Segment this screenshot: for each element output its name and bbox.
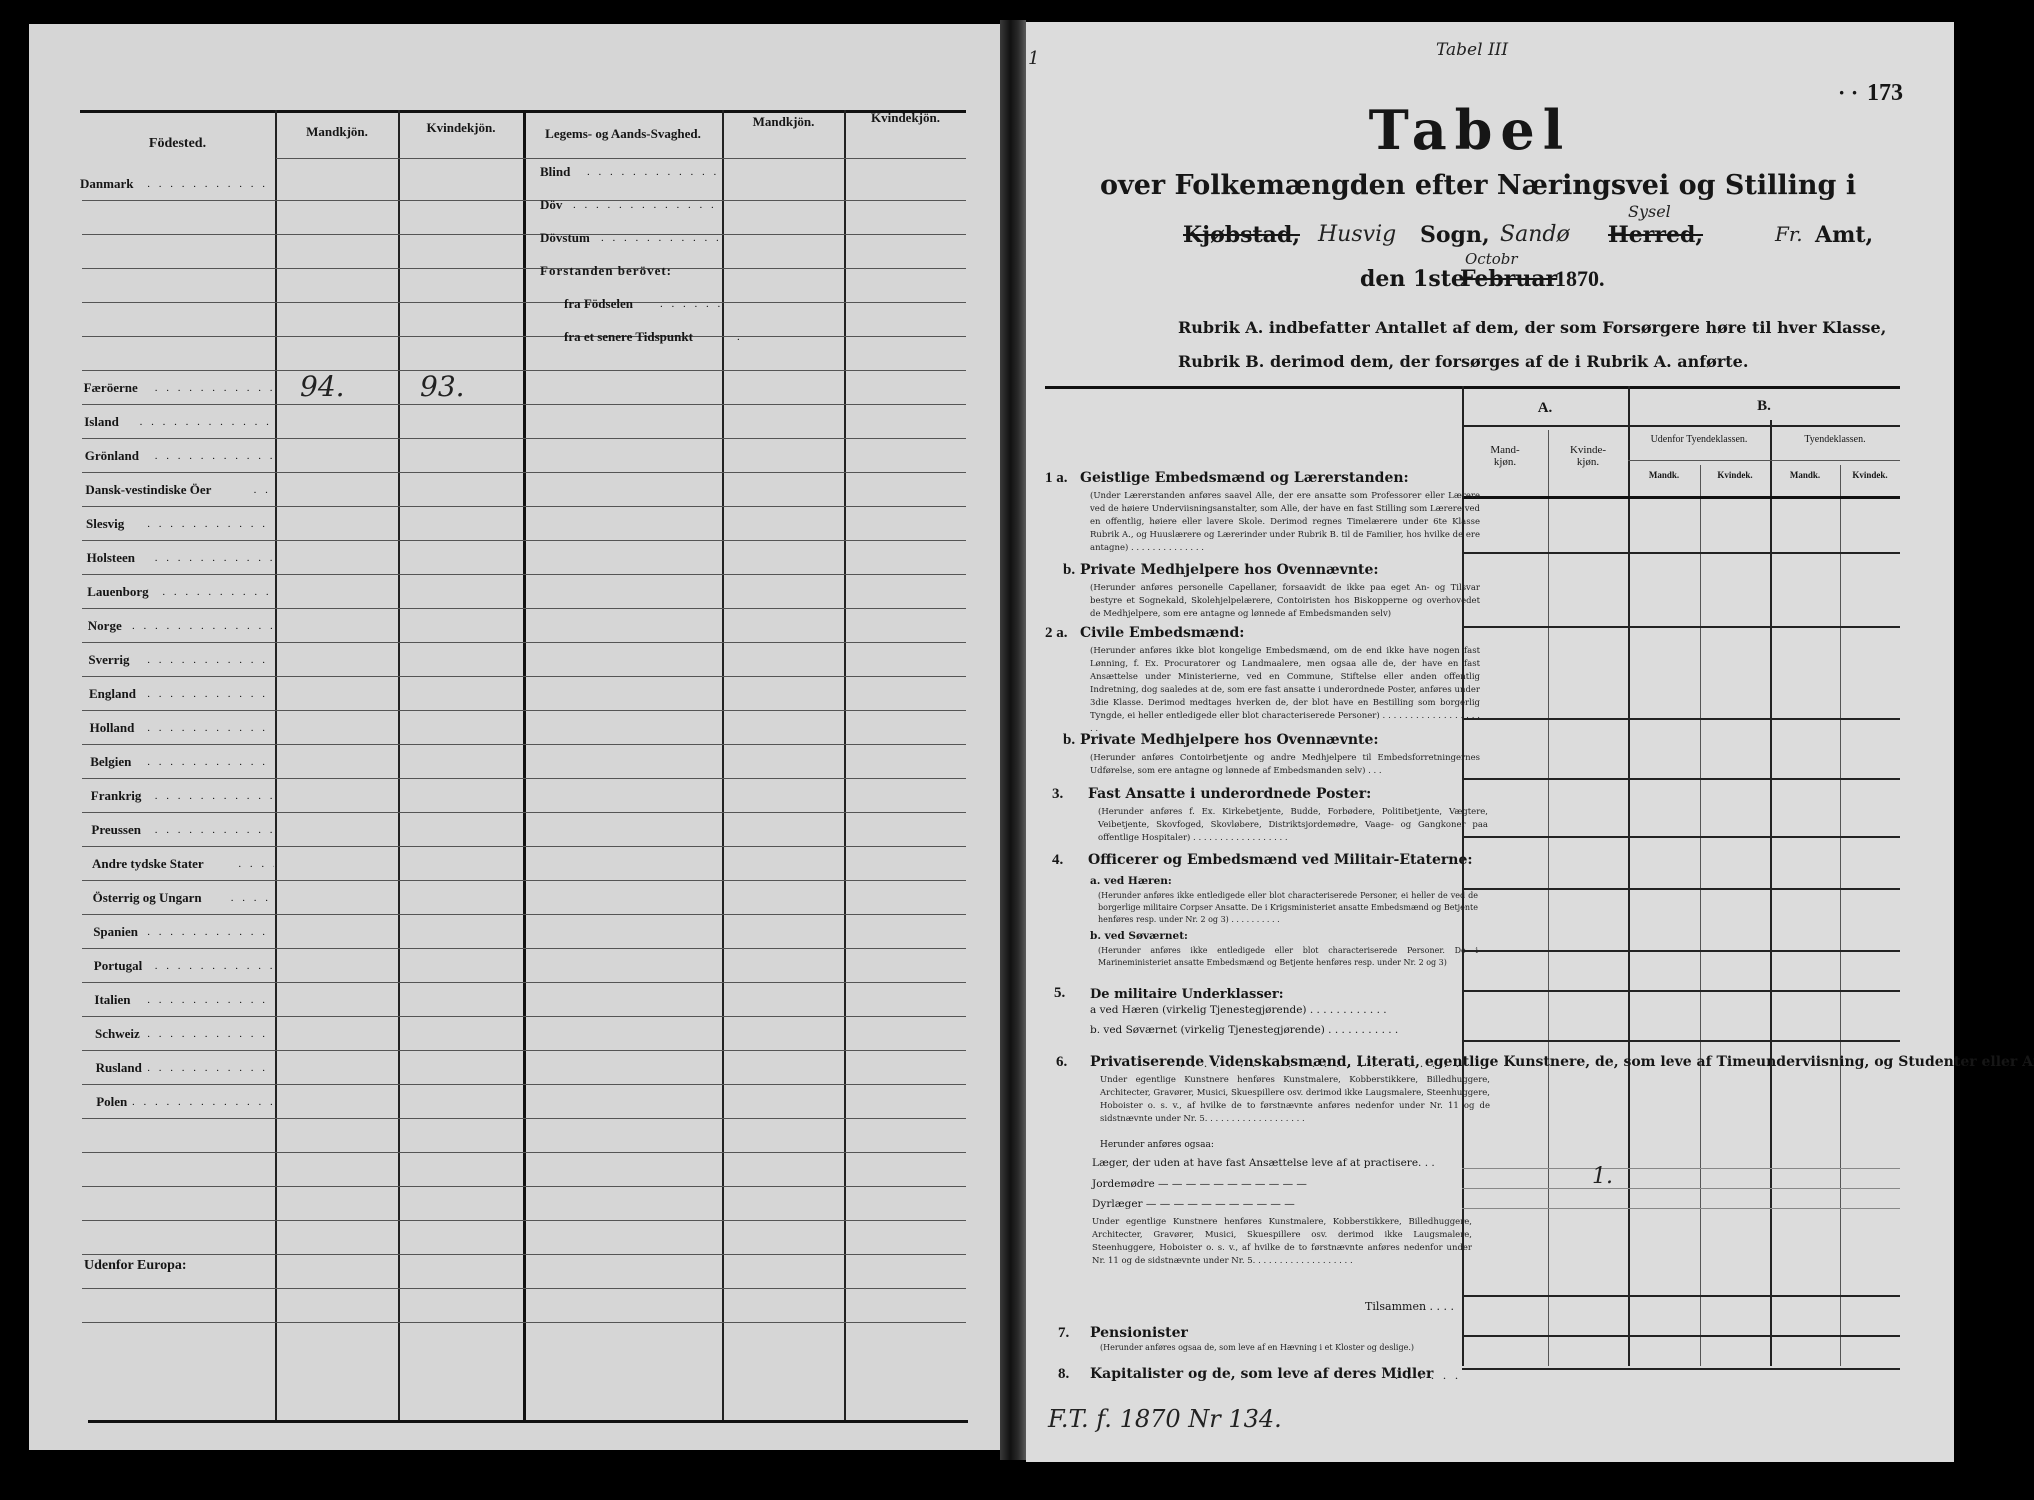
row-rule [82,880,966,881]
leader-dots: . . . . . . . . . . . . . . . . . [601,232,722,244]
subitem-label: Læger, der uden at have fast Ansættelse … [1092,1157,1435,1169]
item-note: (Herunder anføres personelle Capellaner,… [1090,582,1480,621]
header-birthplace: Födested. [80,136,275,152]
leader-dots: . . . . . . . . . . . . . . . . . . . . [147,722,274,734]
herred-correction: Sysel [1628,202,1671,221]
row-rule [1462,626,1900,628]
item-number: 3. [1052,786,1063,803]
item-title: Private Medhjelpere hos Ovennævnte: [1080,732,1379,748]
leader-dots: . . . . . . . . . . . . . . . . . . . . [155,382,274,394]
row-rule [82,1084,966,1085]
row-rule [82,1254,966,1255]
item-note: (Herunder anføres f. Ex. Kirkebetjente, … [1098,806,1488,845]
birthplace-label: Island [84,414,119,430]
sogn-label: Sogn, [1420,222,1490,248]
birthplace-label: Andre tydske Stater [92,856,204,872]
birthplace-label: Portugal [94,958,142,974]
leader-dots: . . . . . . . . . . . . . . . . . . . . [238,858,274,870]
header-underline [276,158,966,159]
mandk-subheader: Mandk. [1770,470,1840,480]
item-title: Officerer og Embedsmænd ved Militair-Eta… [1088,852,1473,868]
corner-mark: 1 [1028,48,1039,69]
row-rule [82,1220,966,1221]
sub-row-rule [1462,1208,1900,1209]
leader-dots: . . . . . . . . . . . . . . . . . . . . [147,1028,274,1040]
a-female-count-lager[interactable]: 1. [1592,1164,1613,1189]
leader-dots: . . . . . . . . . . . . . . . . . [737,331,747,343]
rubric-b-text: Rubrik B. derimod dem, der forsørges af … [1178,352,1748,371]
subitem-note: (Herunder anføres ikke entledigede eller… [1098,945,1478,969]
item-number: 8. [1058,1366,1069,1383]
leader-dots: . . . . . . . . . . . . . . . . . . . . [231,892,274,904]
birthplace-label: Færöerne [84,380,138,396]
row-rule [1462,1335,1900,1337]
page-number-dots: · · [1838,80,1858,106]
birthplace-label: Slesvig [86,516,124,532]
column-divider [398,110,400,1422]
header-rule [1462,425,1900,427]
row-rule [82,846,966,847]
amt-label: Amt, [1815,222,1873,248]
condition-label: Dövstum [540,230,590,246]
leader-dots: . . . . . . . . . . . . . . . . . . . . [147,654,274,666]
row-rule [82,1322,966,1323]
birthplace-label: Preussen [91,822,141,838]
b-servant-header: Tyendeklassen. [1770,434,1900,445]
birthplace-label: Grönland [85,448,139,464]
subitem-label: a ved Hæren (virkelig Tjenestegjørende) … [1090,1004,1387,1016]
leader-dots: . . . . . . . . . . . . . . . . . . . . [155,552,274,564]
leader-dots: . . . . . . . . . . . . . . . . . . . . [147,518,274,530]
row-rule [1462,1368,1900,1370]
leader-dots: . . . . . . . . . . . . . . . . . . . . [147,688,274,700]
leader-dots: . . . . . . . . . . . . . . . . . . . . [155,824,274,836]
row-rule [82,710,966,711]
column-divider [722,110,724,1422]
birthplace-label: Schweiz [95,1026,140,1042]
leader-dots: . . . . . . . . . . . . . . . . . . . . [155,450,274,462]
birthplace-label: Sverrig [88,652,129,668]
b-outside-header: Udenfor Tyendeklassen. [1628,434,1770,445]
row-rule [82,302,966,303]
leader-dots: . . . . . . . . . . . . . . . . . [587,166,722,178]
birthplace-label: Polen [96,1094,127,1110]
row-rule [82,1050,966,1051]
row-rule [82,336,966,337]
condition-label: Blind [540,164,570,180]
rubric-a-header: A. [1462,400,1628,417]
leader-dots: . . . . . . . . . . . . . . . . . . . . [155,790,274,802]
subitem-label: Dyrlæger — — — — — — — — — — — [1092,1198,1295,1210]
page-subtitle: over Folkemængden efter Næringsvei og St… [1100,170,1840,201]
herred-handwritten: Sandø [1500,222,1570,247]
amt-handwritten: Fr. [1775,222,1803,246]
leader-dots: . . . . . . . . . . . . . . . . . . . . [147,926,274,938]
row-rule [82,778,966,779]
leader-dots: . . . . . . . . . . . . . . . . . . . . … [1395,1368,1465,1383]
row-rule [82,642,966,643]
row-rule [82,370,966,371]
female-count[interactable]: 93. [420,370,465,403]
birthplace-label: Danmark [80,176,133,192]
mandk-subheader: Mandk. [1628,470,1700,480]
header-male: Mandkjön. [276,124,398,140]
leader-dots: . . . . . . . . . . . . . . . . . . . . [155,960,274,972]
rubric-a-text: Rubrik A. indbefatter Antallet af dem, d… [1178,318,1886,337]
kvindek-subheader: Kvindek. [1700,470,1770,480]
row-rule [1462,1040,1900,1042]
item-number: 1 a. [1045,470,1068,487]
total-label: Tilsammen . . . . [1365,1300,1454,1313]
subitem-label: a. ved Hæren: [1090,875,1172,887]
row-rule [82,438,966,439]
row-rule [1462,1295,1900,1297]
table-bottom-rule [88,1420,968,1423]
tabel-annotation: Tabel III [1436,40,1508,60]
item-title: De militaire Underklasser: [1090,985,1490,1005]
item-title: Civile Embedsmænd: [1080,625,1244,641]
page-title: Tabel [1270,98,1670,162]
row-rule [82,404,966,405]
birthplace-label: Österrig og Ungarn [93,890,202,906]
header-male-2: Mandkjön. [723,114,844,130]
subitem-label: Jordemødre — — — — — — — — — — — [1092,1178,1307,1190]
row-rule [82,1152,966,1153]
item-title: Pensionister [1090,1325,1188,1341]
leader-dots: . . . . . . . . . . . . . . . . . . . . [132,620,274,632]
row-rule [82,1016,966,1017]
herred-struck: Herred, [1608,222,1703,248]
item-title: Kapitalister og de, som leve af deres Mi… [1090,1366,1433,1382]
birthplace-label: Norge [88,618,122,634]
item-number: 6. [1056,1054,1067,1071]
header-female: Kvindekjön. [399,120,523,136]
col-b-1 [1700,465,1701,1366]
kvindek-subheader: Kvindek. [1840,470,1900,480]
condition-label: fra Födselen [564,296,633,312]
parish-handwritten: Husvig [1318,222,1396,247]
subitem-label: b. ved Søværnet (virkelig Tjenestegjøren… [1090,1024,1398,1036]
row-rule [82,1118,966,1119]
leader-dots: . . . . . . . . . . . . . . . . . . . . [147,994,274,1006]
item-number: b. [1063,562,1075,579]
column-divider [844,110,846,1422]
column-divider [523,110,526,1422]
row-rule [82,268,966,269]
item-title: Fast Ansatte i underordnede Poster: [1088,786,1371,802]
item-note: Under egentlige Kunstnere henføres Kunst… [1100,1074,1490,1126]
row-rule [82,744,966,745]
male-count[interactable]: 94. [300,370,345,403]
row-rule [82,608,966,609]
subitem-label: b. ved Søværnet: [1090,930,1188,942]
row-rule [1462,552,1900,554]
birthplace-label: Spanien [93,924,138,940]
subitem-note: (Herunder anføres ikke entledigede eller… [1098,890,1478,926]
item-note: (Herunder anføres ogsaa de, som leve af … [1100,1341,1500,1354]
row-rule [82,574,966,575]
item-number: 5. [1054,985,1065,1002]
row-rule [1462,778,1900,780]
header-bottom-rule [1462,496,1900,499]
row-rule [82,1186,966,1187]
header-female-2: Kvindekjön. [845,110,966,126]
row-rule [82,506,966,507]
birthplace-label: Frankrig [91,788,142,804]
item-note: (Herunder anføres Contoirbetjente og and… [1090,752,1480,778]
rubric-b-header: B. [1628,398,1900,415]
col-a-mid [1548,430,1549,1366]
birthplace-label: Dansk-vestindiske Öer [85,482,211,498]
a-male-header: Mand- kjøn. [1462,444,1548,468]
column-divider [275,110,277,1422]
row-rule [1462,888,1900,890]
leader-dots: . . . . . . . . . . . . . . . . . [660,298,722,310]
leader-dots: . . . . . . . . . . . . . . . . . . . . [162,586,274,598]
header-condition: Legems- og Aands-Svaghed. [524,126,722,142]
row-rule [1462,718,1900,720]
outside-europe-label: Udenfor Europa: [84,1258,187,1274]
leader-dots: . . . . . . . . . . . . . . . . . . . . … [1180,1056,1460,1071]
leader-dots: . . . . . . . . . . . . . . . . . . . . [147,756,274,768]
sub-row-rule [1462,1168,1900,1169]
birthplace-label: England [89,686,136,702]
herunder-label: Herunder anføres ogsaa: [1100,1140,1214,1150]
col-b-left [1628,386,1630,1366]
date-prefix: den 1ste [1360,266,1465,292]
leader-dots: . . . . . . . . . . . . . . . . . . . . [254,484,274,496]
item-number: 2 a. [1045,625,1068,642]
row-rule [82,982,966,983]
page-number: 173 [1867,80,1903,107]
row-rule [82,914,966,915]
col-b-3 [1840,465,1841,1366]
leader-dots: . . . . . . . . . . . . . . . . . [573,199,722,211]
header-rule-b [1628,460,1900,461]
birthplace-label: Rusland [96,1060,142,1076]
item-title: Geistlige Embedsmænd og Lærerstanden: [1080,470,1409,486]
item-title: Private Medhjelpere hos Ovennævnte: [1080,562,1379,578]
item-number: 7. [1058,1325,1069,1342]
birthplace-label: Italien [94,992,130,1008]
row-rule [82,234,966,235]
sub-row-rule [1462,1188,1900,1189]
row-rule [82,812,966,813]
row-rule [1462,836,1900,838]
condition-label: Döv [540,197,562,213]
table-top-rule [1045,386,1900,389]
leader-dots: . . . . . . . . . . . . . . . . . . . . [132,1096,274,1108]
birthplace-label: Lauenborg [87,584,148,600]
condition-label: Forstanden berövet: [540,263,672,279]
col-b-2 [1770,420,1772,1366]
row-rule [82,676,966,677]
item-note: (Herunder anføres ikke blot kongelige Em… [1090,645,1480,736]
row-rule [82,1288,966,1289]
leader-dots: . . . . . . . . . . . . . . . . . . . . [147,178,274,190]
year: 1870. [1555,266,1605,292]
row-rule [1462,990,1900,992]
item-note: (Under Lærerstanden anføres saavel Alle,… [1090,490,1480,555]
birthplace-label: Holsteen [87,550,135,566]
month-struck: Februar [1460,266,1557,292]
row-rule [82,540,966,541]
item-number: b. [1063,732,1075,749]
book-gutter [1000,20,1026,1460]
item-note: Under egentlige Kunstnere henføres Kunst… [1092,1216,1472,1268]
birthplace-label: Holland [90,720,135,736]
leader-dots: . . . . . . . . . . . . . . . . . . . . [140,416,274,428]
row-rule [82,472,966,473]
archive-mark: F.T. f. 1870 Nr 134. [1048,1405,1282,1433]
row-rule [82,200,966,201]
leader-dots: . . . . . . . . . . . . . . . . . . . . [147,1062,274,1074]
kjobstad-struck: Kjøbstad, [1183,222,1300,248]
birthplace-label: Belgien [90,754,131,770]
row-rule [1462,950,1900,952]
row-rule [82,948,966,949]
left-page [29,24,1001,1450]
a-female-header: Kvinde- kjøn. [1548,444,1628,468]
item-number: 4. [1052,852,1063,869]
condition-label: fra et senere Tidspunkt [564,329,693,345]
